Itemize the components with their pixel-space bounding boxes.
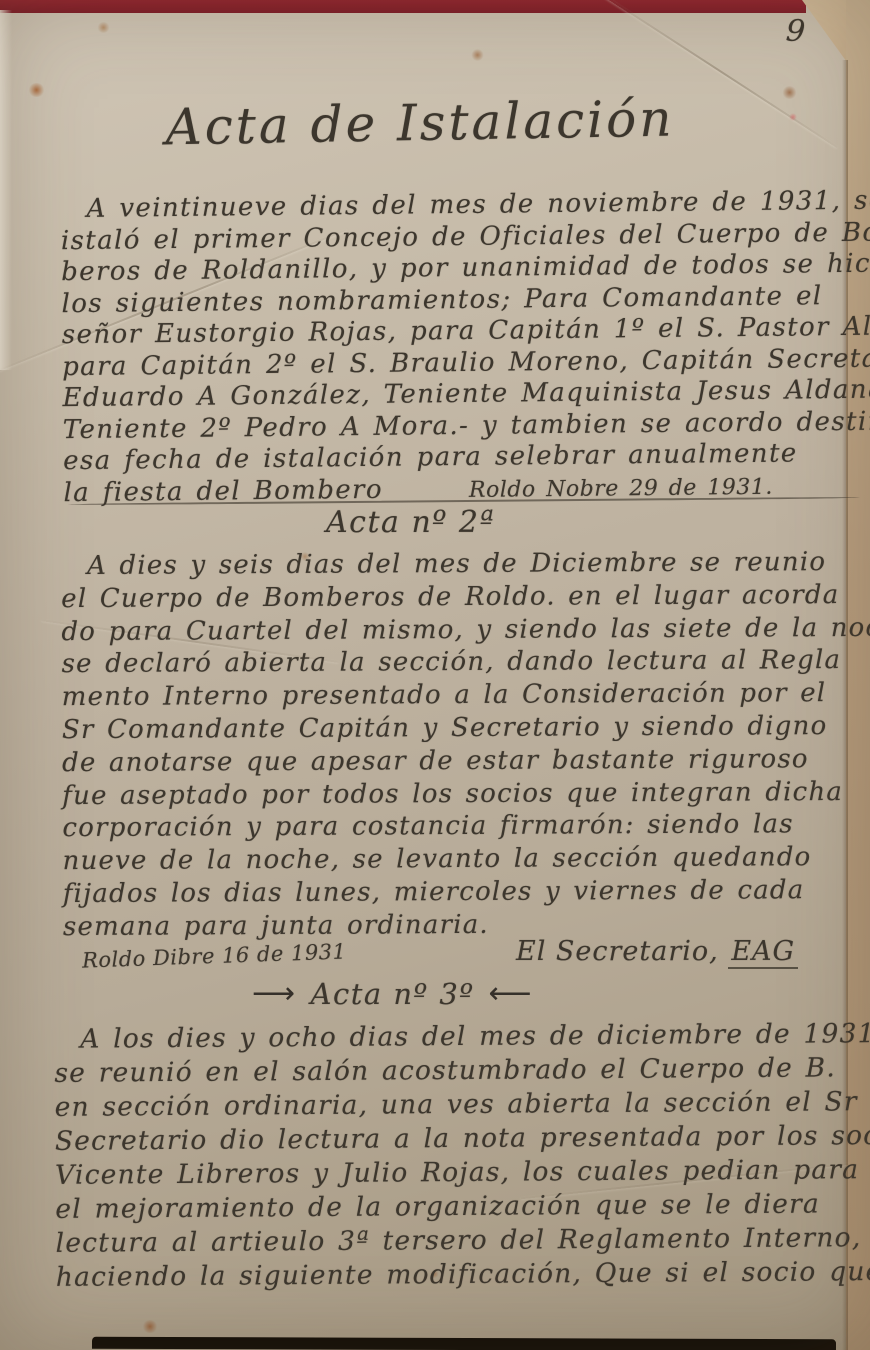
arrow-right-icon: ⟶ [252,976,297,1011]
paper-stain [142,1320,158,1333]
paper-stain [789,113,797,121]
handwritten-line: Sr Comandante Capitán y Secretario y sie… [62,710,862,747]
handwritten-line: A los dies y ocho dias del mes de diciem… [54,1017,862,1057]
signature-initials: EAG [728,936,798,969]
handwritten-line: se declaró abierta la sección, dando lec… [61,644,861,681]
handwritten-line: en sección ordinaria, una ves abierta la… [55,1085,863,1125]
paper-stain [28,83,45,97]
acta-3-heading: Acta nº 3º [311,977,475,1011]
document-title: Acta de Istalación [130,89,711,157]
book-cover-edge [0,0,806,13]
manuscript-photo: 9 Acta de Istalación A veintinueve dias … [0,0,870,1350]
page-edge-highlight [0,10,12,370]
handwritten-line: do para Cuartel del mismo, y siendo las … [61,612,861,649]
paper-stain [97,22,110,33]
handwritten-line: fijados los dias lunes, miercoles y vier… [63,874,863,911]
acta-1-text: A veintinueve dias del mes de noviembre … [60,186,858,510]
secretary-signature: El Secretario, EAG [516,936,798,967]
acta-2-heading: Acta nº 2ª [326,505,495,540]
handwritten-line: el Cuerpo de Bomberos de Roldo. en el lu… [61,579,861,616]
signature-label: El Secretario, [516,936,719,967]
handwritten-line: Vicente Libreros y Julio Rojas, los cual… [55,1153,863,1193]
acta-2-text: A dies y seis dias del mes de Diciembre … [61,546,863,944]
handwritten-line: mento Interno presentado a la Considerac… [62,677,862,714]
handwritten-line: el mejoramiento de la organización que s… [55,1187,863,1227]
page-number: 9 [785,13,806,49]
handwritten-line: se reunió en el salón acostumbrado el Cu… [54,1051,862,1091]
handwritten-line: fue aseptado por todos los socios que in… [62,775,862,812]
handwritten-line: haciendo la siguiente modificación, Que … [56,1255,864,1295]
acta-3-heading-row: ⟶ Acta nº 3º ⟵ [252,976,533,1011]
handwritten-line: Secretario dio lectura a la nota present… [55,1119,863,1159]
acta-3-text: A los dies y ocho dias del mes de diciem… [54,1017,864,1295]
handwritten-line: de anotarse que apesar de estar bastante… [62,743,862,780]
paper-stain [471,49,484,61]
handwritten-line: corporación y para costancia firmarón: s… [62,808,862,845]
arrow-left-icon: ⟵ [488,976,533,1011]
page-bottom-shadow [92,1337,836,1350]
handwritten-line: lectura al artieulo 3ª tersero del Regla… [55,1221,863,1261]
handwritten-line: A dies y seis dias del mes de Diciembre … [61,546,861,583]
paper-stain [782,86,797,99]
handwritten-line: nueve de la noche, se levanto la sección… [63,841,863,878]
